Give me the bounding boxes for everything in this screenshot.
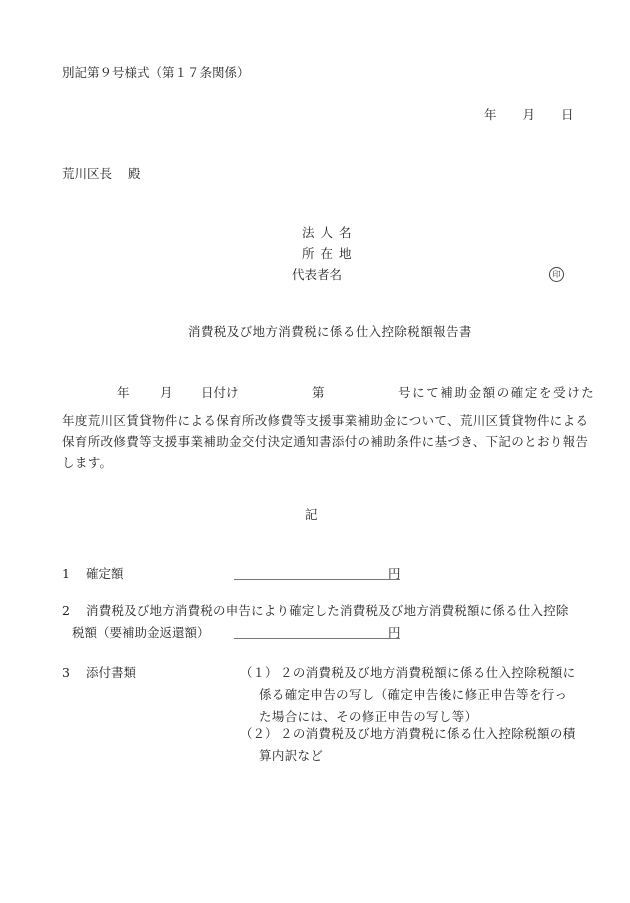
- corporation-name-label: 法人名: [302, 227, 358, 240]
- attachment-number: （１）: [240, 667, 278, 680]
- deduction-amount-label-cont: 税額（要補助金返還額）: [72, 627, 210, 640]
- address-label: 所在地: [302, 248, 358, 261]
- yen-unit: 円: [388, 627, 401, 640]
- confirmed-amount-label: 確定額: [86, 568, 124, 581]
- body-line: 保育所改修費等支援事業補助金交付決定通知書添付の補助条件に基づき、下記のとおり報…: [62, 431, 574, 452]
- attachment-text: 算内訳など: [259, 750, 323, 763]
- body-number-suffix: 号にて補助金額の確定を受けた: [398, 387, 595, 400]
- date-month-field[interactable]: 月: [523, 109, 536, 122]
- representative-name-label: 代表者名: [292, 269, 342, 282]
- addressee: 荒川区長殿: [62, 168, 141, 181]
- form-number: 別記第９号様式（第１７条関係）: [62, 67, 250, 80]
- body-year-blank[interactable]: 年: [117, 387, 130, 400]
- date-line: 年 月 日: [484, 109, 574, 122]
- confirmed-amount-field[interactable]: [234, 579, 400, 580]
- item-number: 1: [62, 568, 70, 581]
- attachment-text: ２の消費税及び地方消費税に係る仕入控除税額の積: [280, 728, 576, 741]
- addressee-name: 荒川区長: [62, 166, 112, 181]
- date-year-field[interactable]: 年: [484, 109, 497, 122]
- body-month-blank[interactable]: 月: [160, 387, 173, 400]
- attachment-text: た場合には、その修正申告の写し等）: [259, 711, 477, 724]
- date-day-field[interactable]: 日: [561, 109, 574, 122]
- attachment-text: ２の消費税及び地方消費税額に係る仕入控除税額に: [280, 667, 576, 680]
- body-line: します。: [62, 452, 574, 473]
- body-line: 年度荒川区賃貸物件による保育所改修費等支援事業補助金について、荒川区賃貸物件によ…: [62, 410, 574, 431]
- ki-heading: 記: [305, 509, 318, 522]
- seal-icon: 印: [549, 267, 564, 282]
- deduction-amount-label: 消費税及び地方消費税の申告により確定した消費税及び地方消費税額に係る仕入控除: [86, 605, 569, 618]
- deduction-amount-field[interactable]: [234, 638, 400, 639]
- attachment-number: （２）: [240, 728, 278, 741]
- attachment-text: 係る確定申告の写し（確定申告後に修正申告等を行っ: [259, 689, 567, 702]
- item-number: 3: [62, 667, 70, 680]
- body-number-prefix[interactable]: 第: [312, 387, 325, 400]
- body-paragraph: 年度荒川区賃貸物件による保育所改修費等支援事業補助金について、荒川区賃貸物件によ…: [62, 410, 574, 473]
- addressee-honorific: 殿: [128, 166, 141, 181]
- document-title: 消費税及び地方消費税に係る仕入控除税額報告書: [188, 326, 472, 339]
- body-date-suffix: 日付け: [201, 387, 239, 400]
- attachments-label: 添付書類: [86, 667, 136, 680]
- yen-unit: 円: [388, 568, 401, 581]
- item-number: 2: [62, 605, 70, 618]
